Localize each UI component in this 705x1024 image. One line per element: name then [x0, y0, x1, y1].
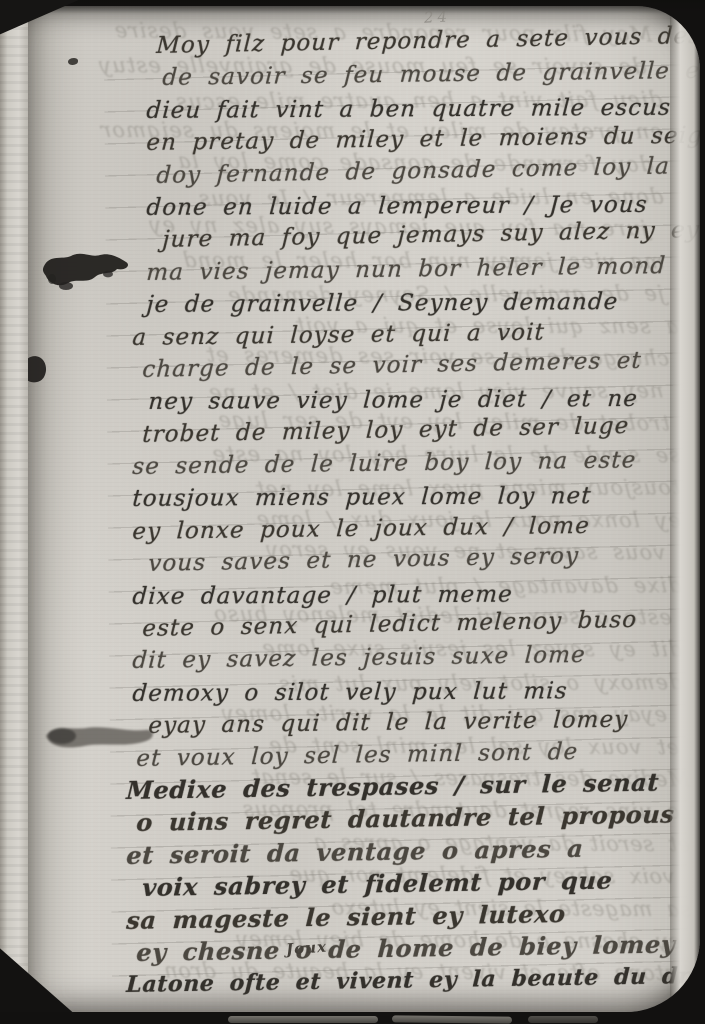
page-stack-edge: [528, 1016, 598, 1023]
scan-background: Moy filz pour repondre a sete vous desir…: [0, 0, 705, 1024]
manuscript-page: Moy filz pour repondre a sete vous desir…: [28, 6, 700, 1012]
page-stack-edge: [392, 1015, 512, 1023]
manuscript-line: dit ey savez les jesuis suxe lome: [131, 638, 683, 678]
manuscript-line: ma vies jemay nun bor heler le mond: [145, 250, 683, 289]
interlinear-insertion: Joux: [285, 938, 327, 959]
manuscript-text-block: Moy filz pour repondre a sete vous desir…: [132, 30, 682, 1002]
manuscript-line: se sende de le luire boy loy na este: [131, 444, 683, 484]
page-number: 24: [424, 7, 452, 26]
manuscript-line: Latone ofte et vivent ey la beaute du dr…: [125, 961, 683, 1002]
manuscript-line: de savoir se feu mouse de grainvelle est…: [161, 55, 699, 94]
page-stack-edge: [228, 1016, 378, 1023]
